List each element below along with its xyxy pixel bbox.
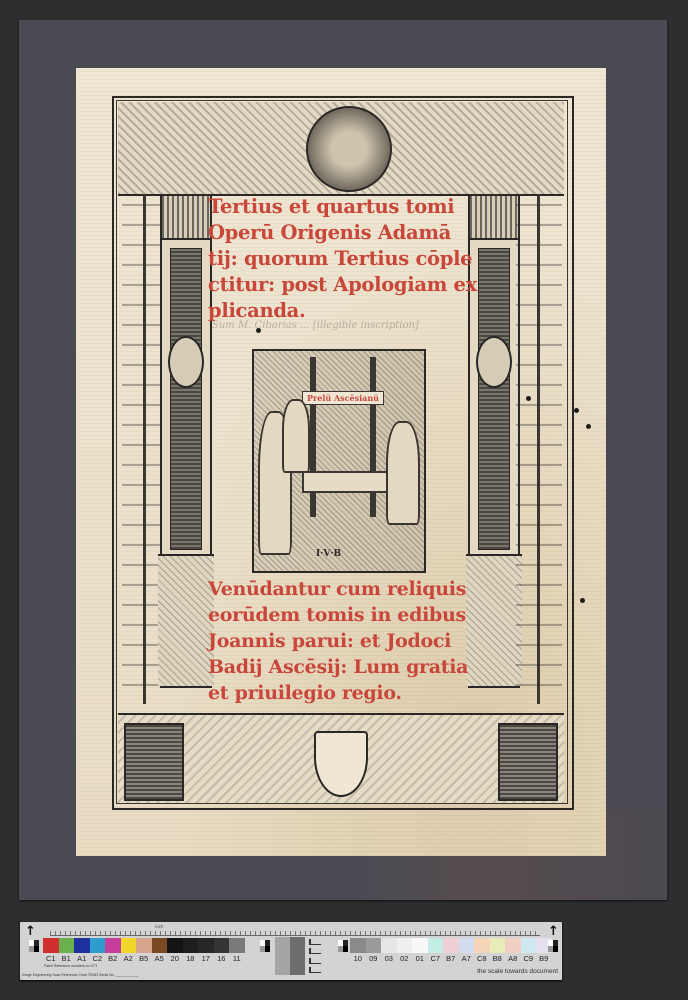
blank-shield-icon bbox=[314, 731, 368, 797]
card-footer: Image Engineering Scan Reference Chart T… bbox=[22, 973, 139, 977]
patch-B7 bbox=[443, 938, 459, 953]
press-label: Prelū Ascēsianū bbox=[302, 391, 384, 405]
mm-ruler: inch bbox=[50, 926, 540, 936]
patch-label: C1 bbox=[43, 954, 59, 963]
right-color-patches bbox=[350, 938, 552, 953]
patch-note: Patch Reference numbers on UTT bbox=[44, 964, 97, 968]
press-frame-icon bbox=[310, 357, 376, 517]
ink-spot bbox=[580, 598, 585, 603]
title-line: Operū Origenis Adamā bbox=[208, 220, 478, 246]
patch-label: A2 bbox=[121, 954, 137, 963]
patch-16 bbox=[214, 938, 230, 953]
patch-B1 bbox=[59, 938, 75, 953]
printer-monogram: I·V·B bbox=[316, 549, 341, 559]
patch-B8 bbox=[490, 938, 506, 953]
grey-key-icon bbox=[548, 940, 558, 952]
patch-03 bbox=[381, 938, 397, 953]
title-line: ctitur: post Apologiam ex bbox=[208, 272, 478, 298]
patch-11 bbox=[229, 938, 245, 953]
patch-label: 18 bbox=[183, 954, 199, 963]
patch-01 bbox=[412, 938, 428, 953]
handwritten-inscription: Sum M. Ciborias ... [illegible inscripti… bbox=[212, 320, 472, 331]
patch-A8 bbox=[505, 938, 521, 953]
patch-label: A7 bbox=[459, 954, 475, 963]
title-page: Tertius et quartus tomi Operū Origenis A… bbox=[76, 68, 606, 856]
patch-label: C9 bbox=[521, 954, 537, 963]
scale-note: the scale towards document bbox=[477, 968, 558, 975]
patch-label: B1 bbox=[59, 954, 75, 963]
patch-10 bbox=[350, 938, 366, 953]
patch-C8 bbox=[474, 938, 490, 953]
right-portrait-bust-icon bbox=[476, 336, 512, 388]
patch-label: 02 bbox=[397, 954, 413, 963]
grey-scale-tabs bbox=[309, 937, 321, 975]
patch-label: 01 bbox=[412, 954, 428, 963]
bottom-ornamental-band bbox=[118, 713, 564, 803]
patch-18 bbox=[183, 938, 199, 953]
ink-spot bbox=[586, 424, 591, 429]
patch-B5 bbox=[136, 938, 152, 953]
title-line: tij: quorum Tertius cōple bbox=[208, 246, 478, 272]
right-patch-labels: 10 09 03 02 01 C7 B7 A7 C8 B8 A8 C9 B9 bbox=[350, 954, 552, 963]
imprint-line: et priuilegio regio. bbox=[208, 680, 478, 706]
patch-B2 bbox=[105, 938, 121, 953]
imprint-line: eorūdem tomis in edibus bbox=[208, 602, 478, 628]
patch-label: A1 bbox=[74, 954, 90, 963]
left-portrait-bust-icon bbox=[168, 336, 204, 388]
right-candelabrum-ornament bbox=[516, 194, 562, 704]
patch-label: 16 bbox=[214, 954, 230, 963]
left-column-ornament bbox=[160, 194, 212, 688]
patch-label: 20 bbox=[167, 954, 183, 963]
patch-label: B2 bbox=[105, 954, 121, 963]
patch-C7 bbox=[428, 938, 444, 953]
grey-key-icon bbox=[29, 940, 39, 952]
top-ornamental-band bbox=[118, 102, 564, 196]
patch-20 bbox=[167, 938, 183, 953]
patch-label: B5 bbox=[136, 954, 152, 963]
patch-label: C8 bbox=[474, 954, 490, 963]
left-figure-panel bbox=[124, 723, 184, 801]
patch-A7 bbox=[459, 938, 475, 953]
up-arrow-icon: ↑ bbox=[25, 924, 36, 939]
title-text: Tertius et quartus tomi Operū Origenis A… bbox=[208, 194, 478, 324]
imprint-line: Joannis parui: et Jodoci bbox=[208, 628, 478, 654]
grey-key-icon bbox=[260, 940, 270, 952]
patch-label: 17 bbox=[198, 954, 214, 963]
title-line: Tertius et quartus tomi bbox=[208, 194, 478, 220]
ink-spot bbox=[526, 396, 531, 401]
patch-17 bbox=[198, 938, 214, 953]
compositor-figure-icon bbox=[386, 421, 420, 525]
ink-spot bbox=[256, 328, 261, 333]
patch-A5 bbox=[152, 938, 168, 953]
color-reference-card: ↑ inch C1 B1 A1 C2 B2 A2 B5 A5 20 18 17 … bbox=[20, 922, 562, 980]
patch-label: B7 bbox=[443, 954, 459, 963]
patch-A2 bbox=[121, 938, 137, 953]
up-arrow-icon: ↑ bbox=[548, 924, 559, 939]
patch-C2 bbox=[90, 938, 106, 953]
patch-label: C2 bbox=[90, 954, 106, 963]
patch-C1 bbox=[43, 938, 59, 953]
pressman-figure-icon bbox=[282, 399, 310, 473]
left-color-patches bbox=[43, 938, 245, 953]
printing-press-woodcut: Prelū Ascēsianū I·V·B bbox=[252, 349, 426, 573]
left-patch-labels: C1 B1 A1 C2 B2 A2 B5 A5 20 18 17 16 11 bbox=[43, 954, 245, 963]
right-figure-panel bbox=[498, 723, 558, 801]
imprint-line: Venūdantur cum reliquis bbox=[208, 576, 478, 602]
patch-label: A5 bbox=[152, 954, 168, 963]
patch-09 bbox=[366, 938, 382, 953]
imprint-text: Venūdantur cum reliquis eorūdem tomis in… bbox=[208, 576, 478, 706]
patch-label: A8 bbox=[505, 954, 521, 963]
grey-density-block bbox=[275, 937, 305, 975]
press-table-icon bbox=[302, 471, 396, 493]
patch-label: C7 bbox=[428, 954, 444, 963]
imprint-line: Badij Ascēsij: Lum gratia bbox=[208, 654, 478, 680]
patch-label: 03 bbox=[381, 954, 397, 963]
patch-label: B8 bbox=[490, 954, 506, 963]
patch-A1 bbox=[74, 938, 90, 953]
scholar-medallion-icon bbox=[306, 106, 392, 192]
patch-02 bbox=[397, 938, 413, 953]
patch-label: 10 bbox=[350, 954, 366, 963]
patch-label: 11 bbox=[229, 954, 245, 963]
patch-C9 bbox=[521, 938, 537, 953]
grey-key-icon bbox=[338, 940, 348, 952]
patch-label: B9 bbox=[536, 954, 552, 963]
ink-spot bbox=[574, 408, 579, 413]
patch-label: 09 bbox=[366, 954, 382, 963]
